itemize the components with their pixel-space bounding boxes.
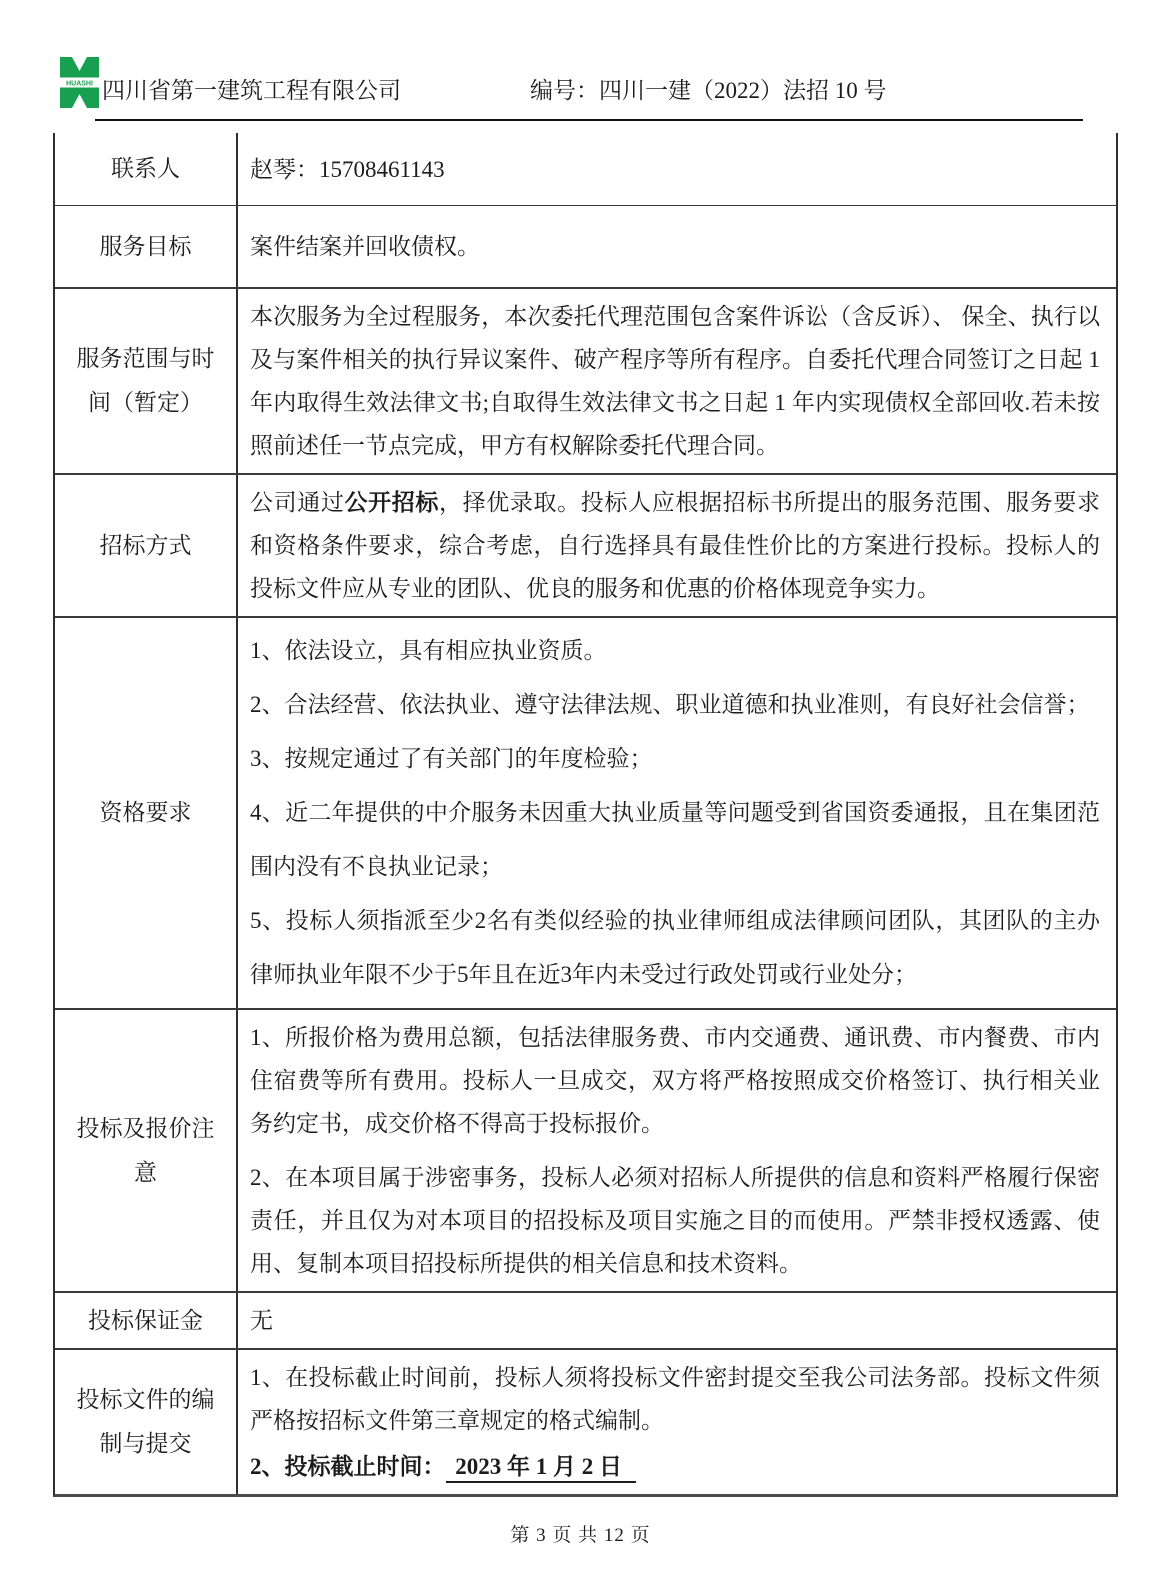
row-content-qualification: 1、依法设立，具有相应执业资质。2、合法经营、依法执业、遵守法律法规、职业道德和… [238, 618, 1116, 1008]
text-segment: 1、所报价格为费用总额，包括法律服务费、市内交通费、通讯费、市内餐费、市内住宿费… [250, 1025, 1100, 1136]
paragraph: 1、在投标截止时间前，投标人须将投标文件密封提交至我公司法务部。投标文件须严格按… [250, 1356, 1100, 1442]
row-label-bid-price-notes: 投标及报价注 意 [55, 1010, 238, 1291]
paragraph: 5、投标人须指派至少2名有类似经验的执业律师组成法律顾问团队，其团队的主办律师执… [250, 894, 1100, 1002]
row-content-bid-doc-submission: 1、在投标截止时间前，投标人须将投标文件密封提交至我公司法务部。投标文件须严格按… [238, 1350, 1116, 1494]
document-number: 编号：四川一建（2022）法招 10 号 [530, 72, 887, 105]
table-row-contact: 联系人赵琴：15708461143 [55, 133, 1116, 205]
text-segment: 2、在本项目属于涉密事务，投标人必须对招标人所提供的信息和资料严格履行保密责任，… [250, 1165, 1100, 1276]
table-row-bid-bond: 投标保证金无 [55, 1291, 1116, 1348]
text-segment: 案件结案并回收债权。 [250, 234, 480, 259]
row-label-bid-bond: 投标保证金 [55, 1293, 238, 1348]
table-row-service-goal: 服务目标案件结案并回收债权。 [55, 205, 1116, 287]
paragraph: 3、按规定通过了有关部门的年度检验； [250, 732, 1100, 786]
header-divider [95, 119, 1083, 121]
paragraph: 2、投标截止时间： 2023 年 1 月 2 日 [250, 1445, 1100, 1488]
table-row-qualification: 资格要求1、依法设立，具有相应执业资质。2、合法经营、依法执业、遵守法律法规、职… [55, 616, 1116, 1008]
text-segment: 1、在投标截止时间前，投标人须将投标文件密封提交至我公司法务部。投标文件须严格按… [250, 1365, 1100, 1433]
row-content-bid-bond: 无 [238, 1293, 1116, 1348]
row-label-service-goal: 服务目标 [55, 206, 238, 287]
row-label-bid-doc-submission: 投标文件的编 制与提交 [55, 1350, 238, 1494]
text-segment: 5、投标人须指派至少2名有类似经验的执业律师组成法律顾问团队，其团队的主办律师执… [250, 908, 1100, 987]
paragraph: 4、近二年提供的中介服务未因重大执业质量等问题受到省国资委通报，且在集团范围内没… [250, 786, 1100, 894]
page-footer: 第 3 页 共 12 页 [0, 1520, 1161, 1547]
text-segment: 4、近二年提供的中介服务未因重大执业质量等问题受到省国资委通报，且在集团范围内没… [250, 800, 1100, 879]
deadline-date: 2023 年 1 月 2 日 [446, 1454, 637, 1483]
company-name: 四川省第一建筑工程有限公司 [102, 72, 401, 105]
text-segment: 2、合法经营、依法执业、遵守法律法规、职业道德和执业准则，有良好社会信誉； [250, 692, 1090, 717]
table-row-service-scope: 服务范围与时 间（暂定）本次服务为全过程服务，本次委托代理范围包含案件诉讼（含反… [55, 287, 1116, 473]
table-row-bid-doc-submission: 投标文件的编 制与提交1、在投标截止时间前，投标人须将投标文件密封提交至我公司法… [55, 1348, 1116, 1494]
row-label-qualification: 资格要求 [55, 618, 238, 1008]
text-segment: 3、按规定通过了有关部门的年度检验； [250, 746, 653, 771]
paragraph: 无 [250, 1299, 1100, 1342]
doc-table: 联系人赵琴：15708461143服务目标案件结案并回收债权。服务范围与时 间（… [53, 133, 1118, 1497]
row-content-contact: 赵琴：15708461143 [238, 133, 1116, 205]
logo-text: HUASHI [66, 81, 93, 88]
paragraph: 本次服务为全过程服务，本次委托代理范围包含案件诉讼（含反诉）、 保全、执行以及与… [250, 295, 1100, 467]
text-segment: 公开招标 [345, 490, 440, 515]
text-segment: 公司通过 [250, 490, 345, 515]
text-segment: 无 [250, 1308, 273, 1333]
text-segment: 赵琴：15708461143 [250, 157, 445, 182]
row-content-service-goal: 案件结案并回收债权。 [238, 206, 1116, 287]
row-label-contact: 联系人 [55, 133, 238, 205]
row-content-service-scope: 本次服务为全过程服务，本次委托代理范围包含案件诉讼（含反诉）、 保全、执行以及与… [238, 289, 1116, 473]
paragraph: 公司通过公开招标，择优录取。投标人应根据招标书所提出的服务范围、服务要求和资格条… [250, 481, 1100, 610]
table-row-bid-price-notes: 投标及报价注 意1、所报价格为费用总额，包括法律服务费、市内交通费、通讯费、市内… [55, 1008, 1116, 1291]
row-content-bidding-method: 公司通过公开招标，择优录取。投标人应根据招标书所提出的服务范围、服务要求和资格条… [238, 475, 1116, 616]
text-segment: 本次服务为全过程服务，本次委托代理范围包含案件诉讼（含反诉）、 保全、执行以及与… [250, 304, 1100, 458]
paragraph: 赵琴：15708461143 [250, 148, 1100, 191]
row-label-service-scope: 服务范围与时 间（暂定） [55, 289, 238, 473]
text-segment: 1、依法设立，具有相应执业资质。 [250, 638, 607, 663]
text-segment: 2、投标截止时间： [250, 1454, 446, 1479]
paragraph: 1、所报价格为费用总额，包括法律服务费、市内交通费、通讯费、市内餐费、市内住宿费… [250, 1016, 1100, 1145]
paragraph: 2、合法经营、依法执业、遵守法律法规、职业道德和执业准则，有良好社会信誉； [250, 678, 1100, 732]
table-row-bidding-method: 招标方式公司通过公开招标，择优录取。投标人应根据招标书所提出的服务范围、服务要求… [55, 473, 1116, 616]
paragraph: 2、在本项目属于涉密事务，投标人必须对招标人所提供的信息和资料严格履行保密责任，… [250, 1156, 1100, 1285]
row-content-bid-price-notes: 1、所报价格为费用总额，包括法律服务费、市内交通费、通讯费、市内餐费、市内住宿费… [238, 1010, 1116, 1291]
huashi-logo-icon: HUASHI [60, 57, 99, 108]
paragraph: 1、依法设立，具有相应执业资质。 [250, 624, 1100, 678]
paragraph: 案件结案并回收债权。 [250, 225, 1100, 268]
row-label-bidding-method: 招标方式 [55, 475, 238, 616]
